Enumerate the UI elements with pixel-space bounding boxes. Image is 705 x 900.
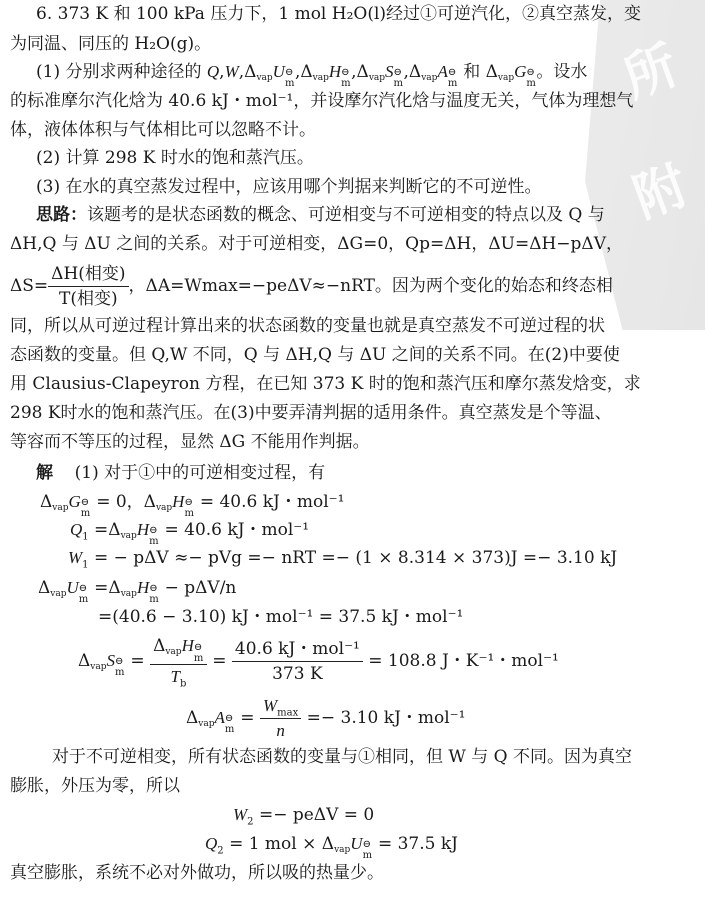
eq-u-value: =(40.6 − 3.10) kJ・mol⁻¹ = 37.5 kJ・mol⁻¹ [98, 606, 463, 628]
question-3: (3) 在水的真空蒸发过程中，应该用哪个判据来判断它的不可逆性。 [36, 176, 541, 198]
thinking-line-8: 等容而不等压的过程，显然 ΔG 不能用作判据。 [10, 431, 370, 453]
eq-s: ΔvapS⊖m = ΔvapH⊖mTb = 40.6 kJ・mol⁻¹373 K… [78, 634, 559, 689]
eq-w1: W1 = − pΔV ≈− pVg =− nRT =− (1 × 8.314 ×… [68, 547, 617, 569]
problem-line-5: 体，液体体积与气体相比可以忽略不计。 [10, 119, 316, 141]
thinking-text-1: 该题考的是状态函数的概念、可逆相变与不可逆相变的特点以及 Q 与 [87, 205, 605, 225]
irreversible-line-2: 膨胀，外压为零，所以 [10, 775, 180, 797]
thinking-line-7: 298 K时水的饱和蒸汽压。在(3)中要弄清判据的适用条件。真空蒸发是个等温、 [10, 402, 612, 424]
thinking-line-6: 用 Clausius-Clapeyron 方程，在已知 373 K 时的饱和蒸汽… [10, 373, 641, 395]
thinking-line-3-rest: ，ΔA=Wmax=−peΔV≈−nRT。因为两个变化的始态和终态相 [129, 276, 613, 296]
problem-line-4: 的标准摩尔汽化焓为 40.6 kJ・mol⁻¹，并设摩尔汽化焓与温度无关，气体为… [10, 90, 633, 112]
eq-a: ΔvapA⊖m = Wmaxn =− 3.10 kJ・mol⁻¹ [186, 694, 465, 743]
q1-suffix: 。设水 [536, 62, 587, 82]
eq-u: ΔvapU⊖m =ΔvapH⊖m − pΔV/n [38, 577, 236, 605]
thinking-line-5: 态函数的变量。但 Q,W 不同，Q 与 ΔH,Q 与 ΔU 之间的关系不同。在(… [10, 344, 620, 366]
eq-q2: Q2 = 1 mol × ΔvapU⊖m = 37.5 kJ [205, 833, 458, 861]
question-2: (2) 计算 298 K 时水的饱和蒸汽压。 [36, 147, 314, 169]
eq-q1: Q1 =ΔvapH⊖m = 40.6 kJ・mol⁻¹ [70, 519, 309, 547]
problem-line-2: 为同温、同压的 H₂O(g)。 [10, 33, 211, 55]
eq-g-h: ΔvapG⊖m = 0，ΔvapH⊖m = 40.6 kJ・mol⁻¹ [40, 491, 344, 519]
thinking-label: 思路： [36, 205, 87, 225]
solution-intro: 解 (1) 对于①中的可逆相变过程，有 [36, 462, 325, 484]
thinking-line-3: ΔS=ΔH(相变)T(相变)，ΔA=Wmax=−peΔV≈−nRT。因为两个变化… [10, 262, 613, 311]
solution-label: 解 [36, 463, 53, 483]
conclusion: 真空膨胀，系统不必对外做功，所以吸的热量少。 [10, 862, 384, 884]
problem-line-1: 6. 373 K 和 100 kPa 压力下，1 mol H₂O(l)经过①可逆… [36, 3, 641, 25]
question-1: (1) 分别求两种途径的 Q,W,ΔvapU⊖m,ΔvapH⊖m,ΔvapS⊖m… [36, 61, 587, 89]
delta-s-fraction: ΔH(相变)T(相变) [48, 262, 128, 311]
irreversible-line-1: 对于不可逆相变，所有状态函数的变量与①相同，但 W 与 Q 不同。因为真空 [52, 746, 632, 768]
thinking-line-1: 思路：该题考的是状态函数的概念、可逆相变与不可逆相变的特点以及 Q 与 [36, 204, 605, 226]
q1-prefix: (1) 分别求两种途径的 [36, 62, 207, 82]
thinking-line-4: 同，所以从可逆过程计算出来的状态函数的变量也就是真空蒸发不可逆过程的状 [10, 315, 605, 337]
eq-w2: W2 =− peΔV = 0 [233, 804, 374, 826]
solution-intro-text: (1) 对于①中的可逆相变过程，有 [75, 463, 325, 483]
thinking-line-2: ΔH,Q 与 ΔU 之间的关系。对于可逆相变，ΔG=0，Qp=ΔH，ΔU=ΔH−… [10, 233, 623, 255]
